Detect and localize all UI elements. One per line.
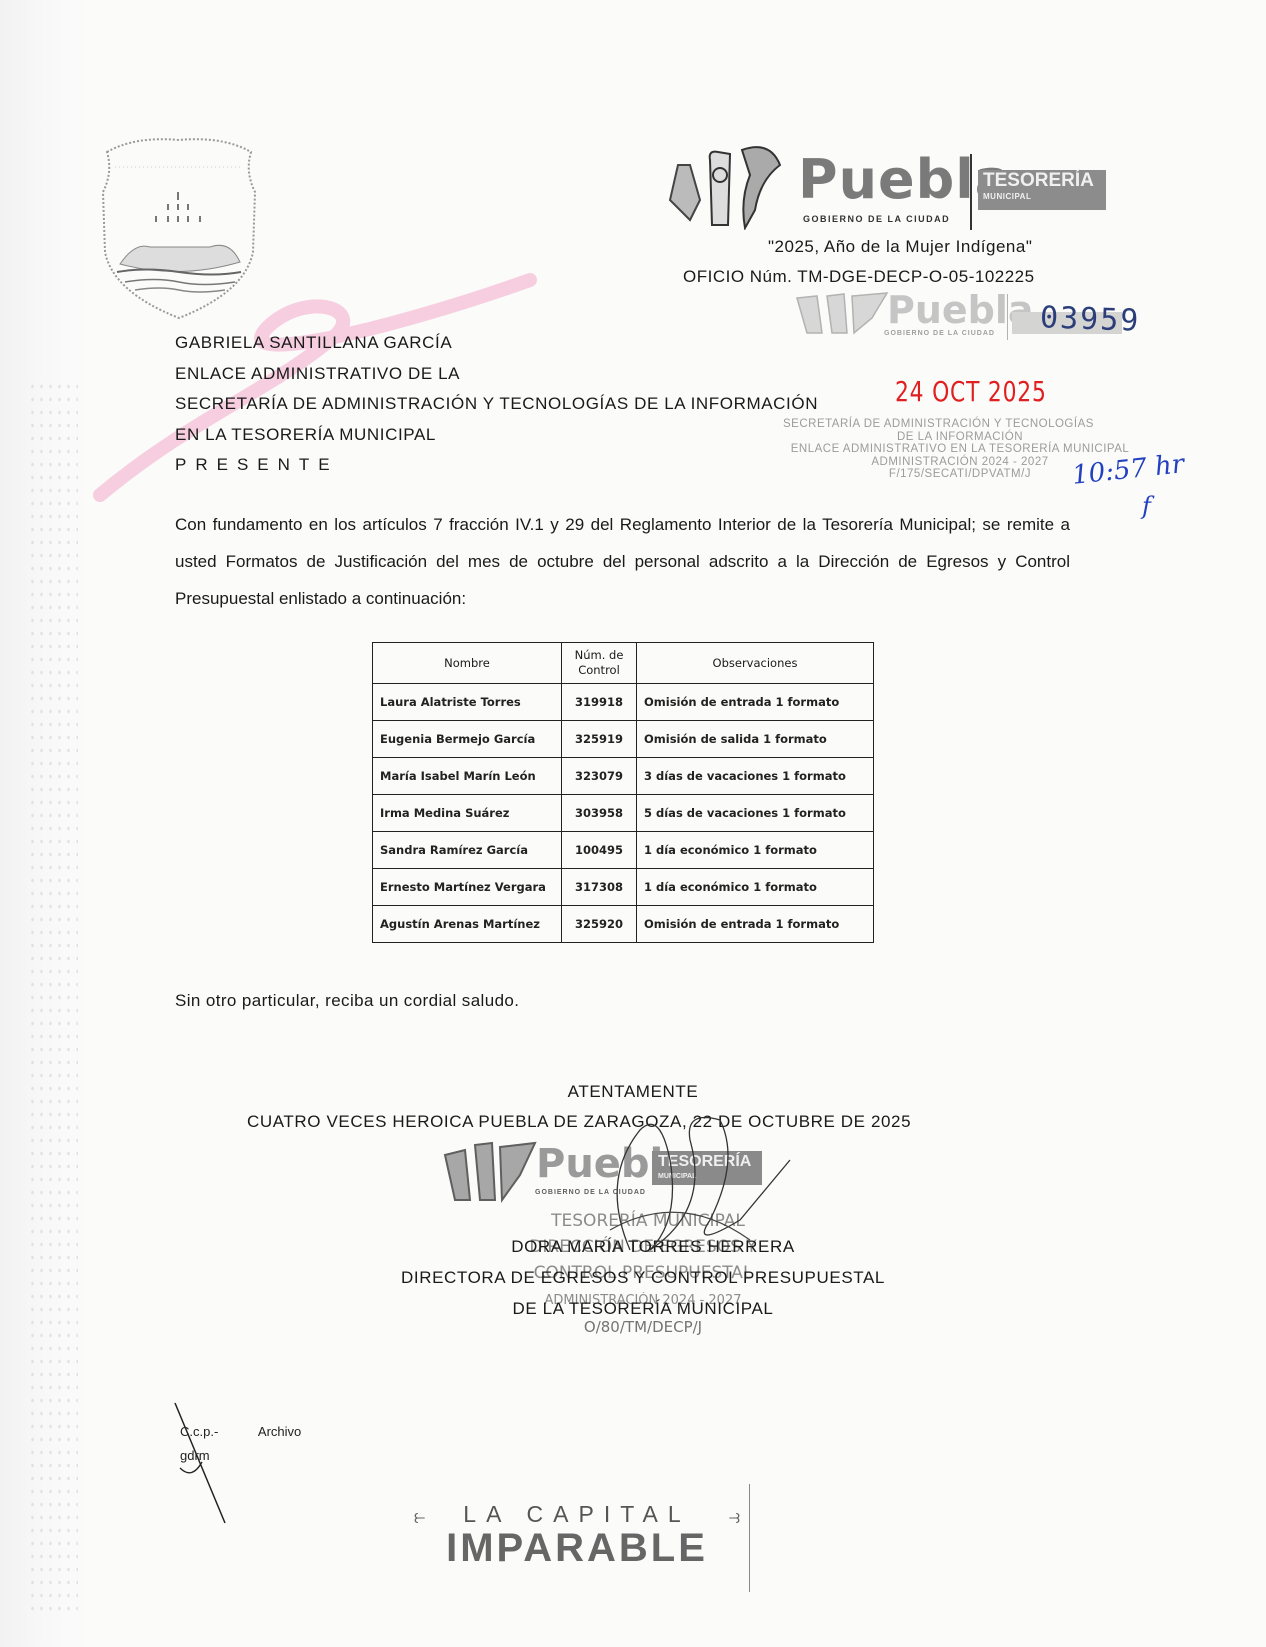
ccp-check-mark — [170, 1398, 240, 1528]
received-date-stamp: 24 OCT 2025 — [895, 375, 1047, 408]
body-text: Con fundamento en los artículos 7 fracci… — [175, 506, 1070, 617]
cell-nombre: Sandra Ramírez García — [373, 832, 562, 869]
table-row: Irma Medina Suárez3039585 días de vacaci… — [373, 795, 874, 832]
addressee-line: ENLACE ADMINISTRATIVO DE LA — [175, 359, 818, 390]
signature-stamp-badge-sub: MUNICIPAL — [658, 1173, 762, 1181]
cell-nombre: Eugenia Bermejo García — [373, 721, 562, 758]
signer-title: DIRECTORA DE EGRESOS Y CONTROL PRESUPUES… — [10, 1262, 1266, 1293]
header-num-control: Núm. de Control — [562, 643, 637, 684]
oficio-number: OFICIO Núm. TM-DGE-DECP-O-05-102225 — [683, 267, 1035, 287]
addressee-name: GABRIELA SANTILLANA GARCÍA — [175, 328, 818, 359]
la-capital-imparable-logo: ⥼ ⥽ LA CAPITAL IMPARABLE — [412, 1500, 742, 1580]
table-row: María Isabel Marín León3230793 días de v… — [373, 758, 874, 795]
stamp-line: ENLACE ADMINISTRATIVO EN LA TESORERÍA MU… — [775, 443, 1145, 456]
wing-right-icon: ⥽ — [729, 1506, 740, 1529]
stamp-line: SECRETARÍA DE ADMINISTRACIÓN Y TECNOLOGÍ… — [775, 418, 1145, 431]
cell-nombre: Irma Medina Suárez — [373, 795, 562, 832]
cell-nombre: Ernesto Martínez Vergara — [373, 869, 562, 906]
table-row: Laura Alatriste Torres319918Omisión de e… — [373, 684, 874, 721]
department-badge: TESORERÍA MUNICIPAL — [978, 170, 1106, 210]
puebla-emblem-icon — [660, 140, 790, 230]
table-header-row: Nombre Núm. de Control Observaciones — [373, 643, 874, 684]
puebla-emblem-icon — [440, 1135, 540, 1205]
header-nombre: Nombre — [373, 643, 562, 684]
closing-line: Sin otro particular, reciba un cordial s… — [175, 991, 519, 1011]
addressee-block: GABRIELA SANTILLANA GARCÍA ENLACE ADMINI… — [175, 328, 818, 481]
cell-num-control: 100495 — [562, 832, 637, 869]
ccp-label: C.c.p.- — [180, 1424, 218, 1439]
cell-nombre: Agustín Arenas Martínez — [373, 906, 562, 943]
typist-initials: gdrm — [180, 1448, 210, 1463]
table-row: Eugenia Bermejo García325919Omisión de s… — [373, 721, 874, 758]
puebla-tesoreria-logo: Puebla GOBIERNO DE LA CIUDAD TESORERÍA M… — [660, 140, 1105, 230]
cell-observaciones: Omisión de salida 1 formato — [637, 721, 874, 758]
salutation: PRESENTE — [175, 450, 818, 481]
footer-line1: LA CAPITAL — [412, 1500, 742, 1528]
signature-stamp-badge: TESORERÍA MUNICIPAL — [652, 1151, 762, 1185]
folio-number: 03959 — [1039, 300, 1140, 338]
footer-divider — [749, 1484, 750, 1592]
signer-name: DORA MARÍA TORRES HERRERA — [20, 1231, 1266, 1262]
signature-stamp-line: TESORERÍA MUNICIPAL — [15, 1210, 1266, 1232]
handwritten-initial: f — [1142, 492, 1151, 520]
cell-num-control: 319918 — [562, 684, 637, 721]
signature-stamp-subtitle: GOBIERNO DE LA CIUDAD — [535, 1189, 646, 1196]
header-observaciones: Observaciones — [637, 643, 874, 684]
table-row: Ernesto Martínez Vergara3173081 día econ… — [373, 869, 874, 906]
scan-noise — [28, 380, 78, 1620]
cell-nombre: María Isabel Marín León — [373, 758, 562, 795]
stamp-divider — [1007, 294, 1008, 340]
personnel-table: Nombre Núm. de Control Observaciones Lau… — [372, 642, 874, 943]
department-badge-sub: MUNICIPAL — [983, 192, 1106, 202]
signature-stamp-logo: Puebla GOBIERNO DE LA CIUDAD TESORERÍA M… — [440, 1135, 780, 1215]
signer-title: DE LA TESORERÍA MUNICIPAL — [10, 1293, 1266, 1324]
signature-stamp-badge-label: TESORERÍA — [658, 1153, 751, 1170]
municipal-seal-icon — [95, 132, 263, 322]
cell-observaciones: 3 días de vacaciones 1 formato — [637, 758, 874, 795]
cell-observaciones: 1 día económico 1 formato — [637, 832, 874, 869]
department-badge-label: TESORERÍA — [983, 170, 1094, 191]
brand-subtitle: GOBIERNO DE LA CIUDAD — [803, 214, 950, 224]
stamp-brand-subtitle: GOBIERNO DE LA CIUDAD — [884, 330, 995, 337]
cell-nombre: Laura Alatriste Torres — [373, 684, 562, 721]
addressee-line: EN LA TESORERÍA MUNICIPAL — [175, 420, 818, 451]
ccp-recipient: Archivo — [258, 1424, 301, 1439]
addressee-line: SECRETARÍA DE ADMINISTRACIÓN Y TECNOLOGÍ… — [175, 389, 818, 420]
cell-num-control: 303958 — [562, 795, 637, 832]
ccp-line: C.c.p.- Archivo — [180, 1424, 301, 1439]
atentamente: ATENTAMENTE — [0, 1082, 1266, 1102]
cell-num-control: 325920 — [562, 906, 637, 943]
cell-observaciones: Omisión de entrada 1 formato — [637, 684, 874, 721]
table-row: Agustín Arenas Martínez325920Omisión de … — [373, 906, 874, 943]
logo-divider — [970, 154, 972, 230]
body-paragraph: Con fundamento en los artículos 7 fracci… — [175, 506, 1070, 617]
cell-num-control: 325919 — [562, 721, 637, 758]
footer-line2: IMPARABLE — [412, 1528, 742, 1568]
wing-left-icon: ⥼ — [414, 1506, 425, 1529]
table-row: Sandra Ramírez García1004951 día económi… — [373, 832, 874, 869]
cell-observaciones: 1 día económico 1 formato — [637, 869, 874, 906]
cell-num-control: 323079 — [562, 758, 637, 795]
stamp-line: DE LA INFORMACIÓN — [775, 431, 1145, 444]
year-motto: "2025, Año de la Mujer Indígena" — [768, 237, 1032, 257]
cell-observaciones: 5 días de vacaciones 1 formato — [637, 795, 874, 832]
cell-observaciones: Omisión de entrada 1 formato — [637, 906, 874, 943]
place-date: CUATRO VECES HEROICA PUEBLA DE ZARAGOZA,… — [247, 1112, 911, 1132]
cell-num-control: 317308 — [562, 869, 637, 906]
